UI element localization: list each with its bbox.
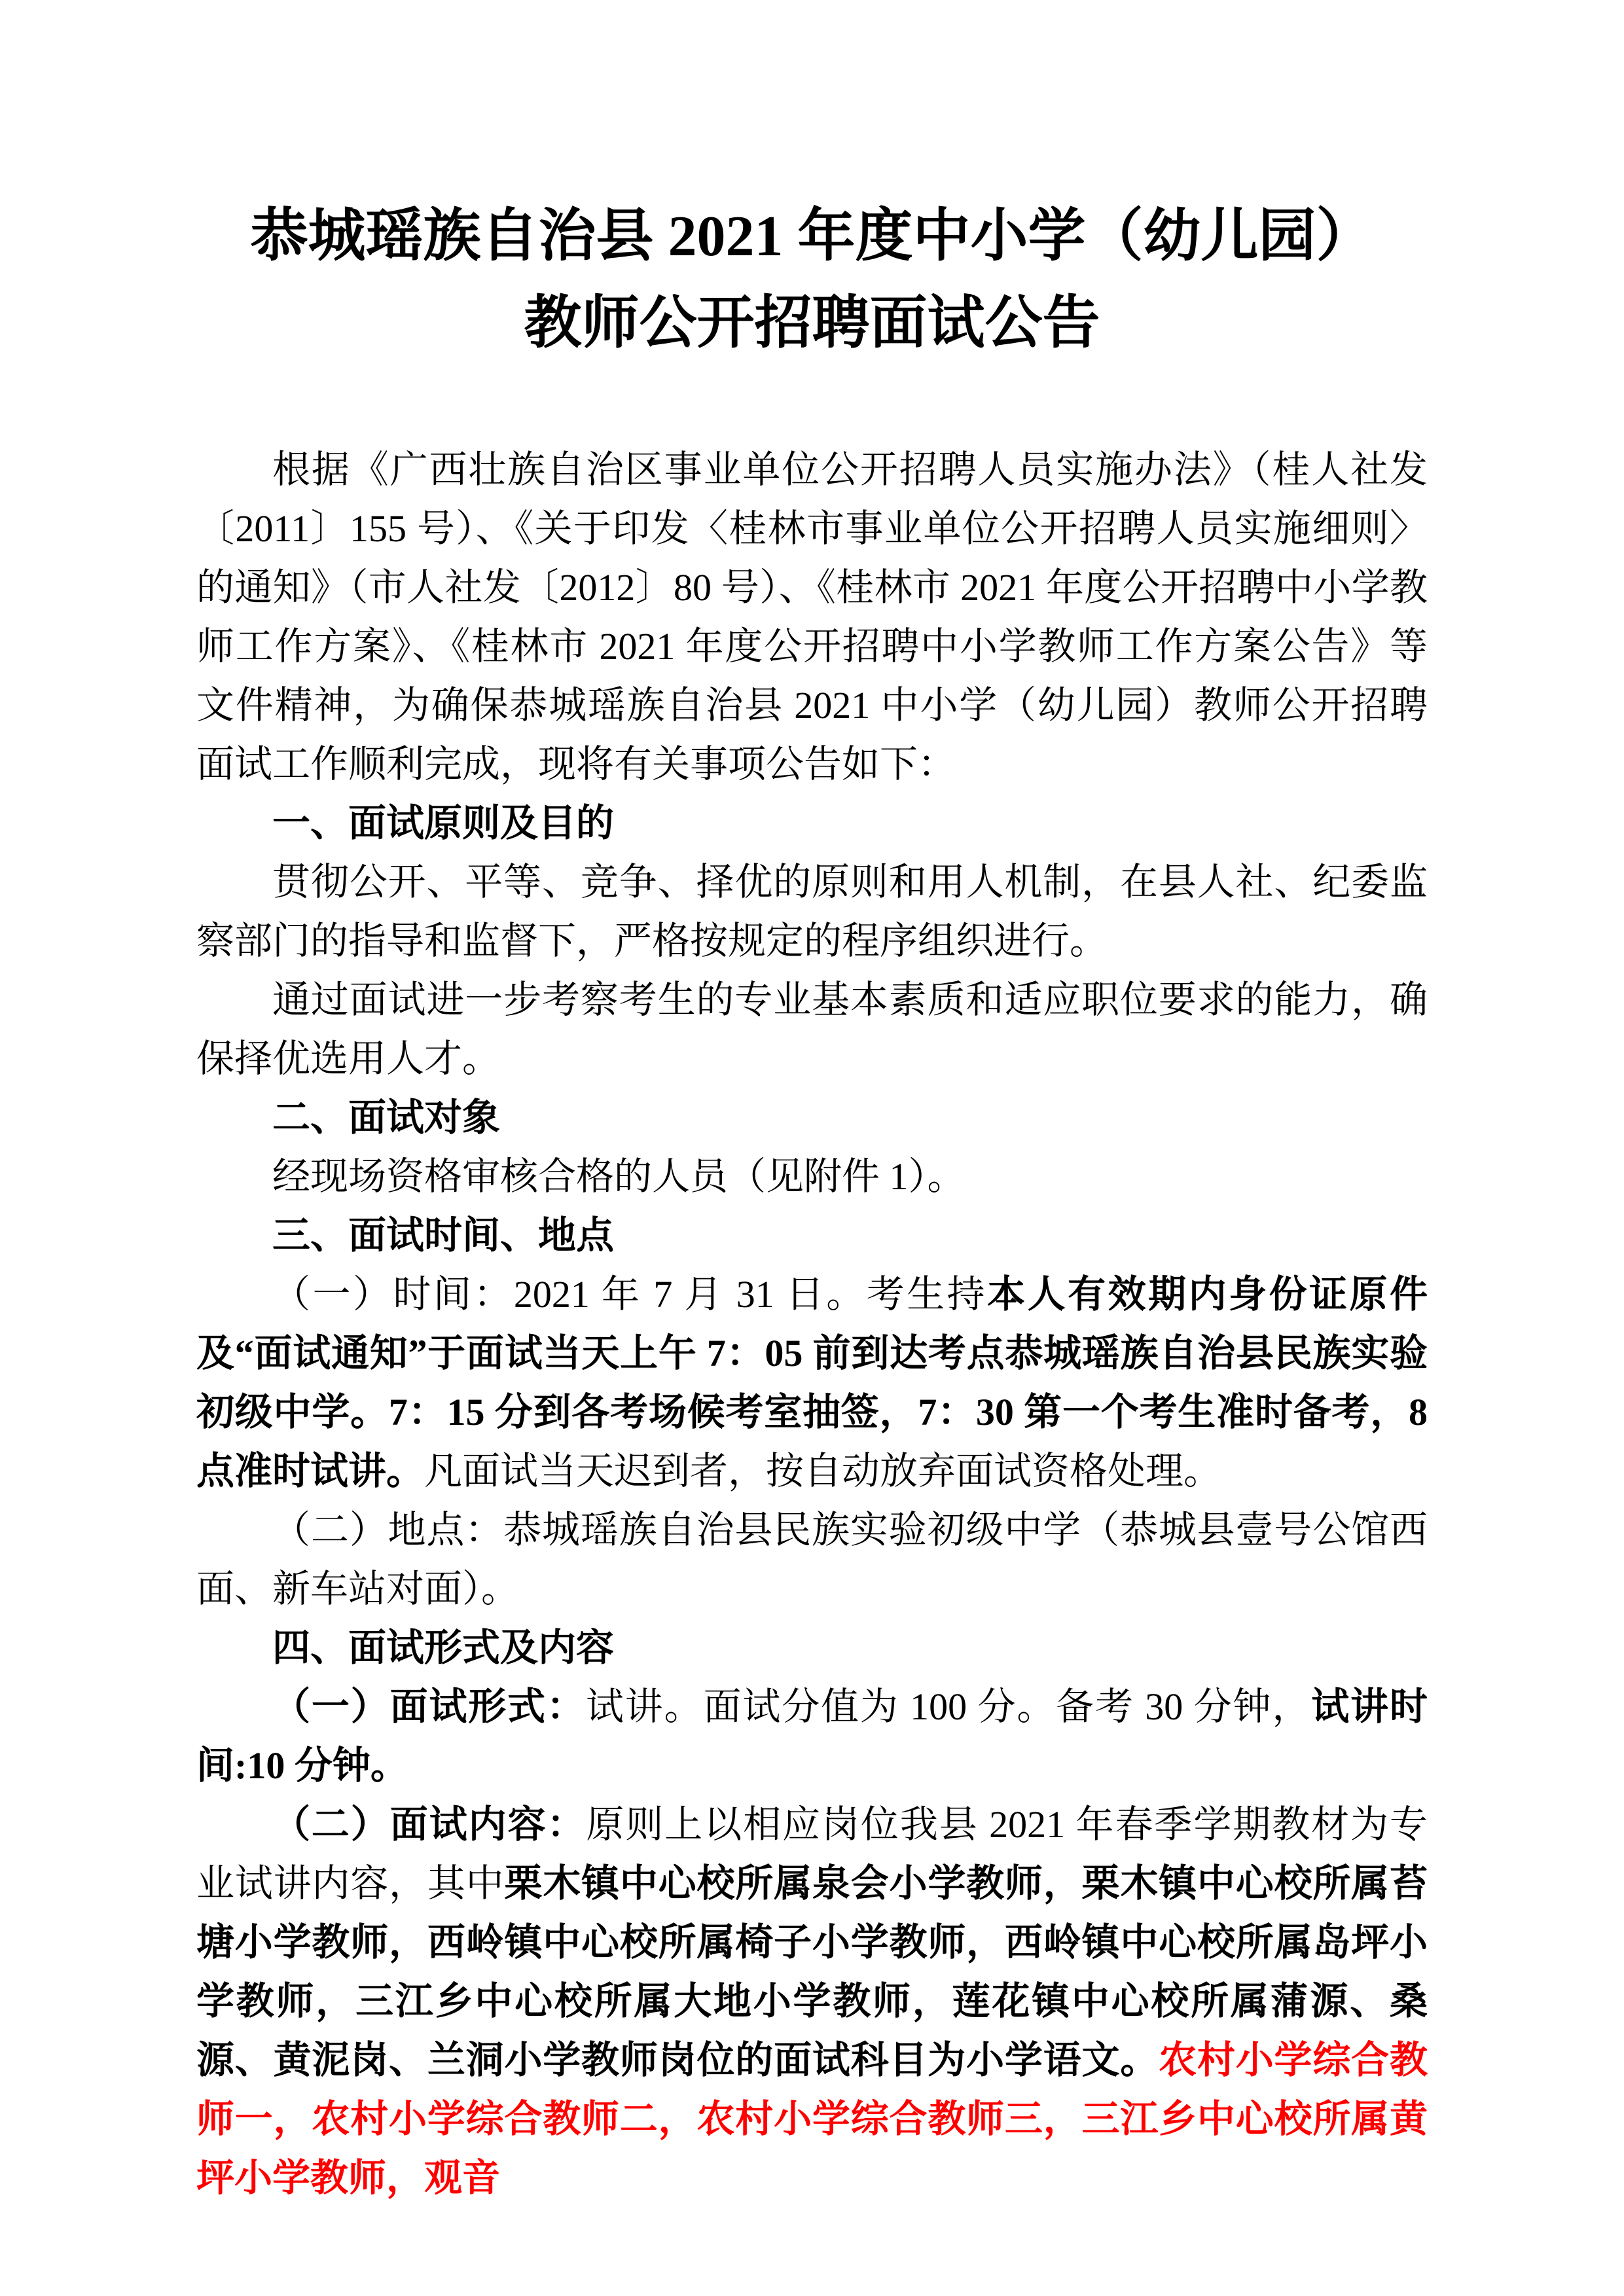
section-heading: 三、面试时间、地点 — [196, 1206, 1428, 1265]
text-run: 一、面试原则及目的 — [272, 802, 614, 844]
paragraph: （一）面试形式：试讲。面试分值为 100 分。备考 30 分钟，试讲时间:10 … — [196, 1677, 1428, 1795]
text-run: 二、面试对象 — [272, 1096, 500, 1139]
text-run: 根据《广西壮族自治区事业单位公开招聘人员实施办法》（桂人社发〔2011〕155 … — [196, 448, 1428, 785]
document-body: 根据《广西壮族自治区事业单位公开招聘人员实施办法》（桂人社发〔2011〕155 … — [196, 440, 1428, 2208]
text-run: 试讲。面试分值为 100 分。备考 30 分钟， — [586, 1685, 1311, 1728]
paragraph: 经现场资格审核合格的人员（见附件 1）。 — [196, 1147, 1428, 1206]
text-run: （二）地点：恭城瑶族自治县民族实验初级中学（恭城县壹号公馆西面、新车站对面）。 — [196, 1509, 1428, 1610]
paragraph: 根据《广西壮族自治区事业单位公开招聘人员实施办法》（桂人社发〔2011〕155 … — [196, 440, 1428, 794]
text-run: （一）面试形式： — [272, 1685, 586, 1728]
text-run: 凡面试当天迟到者，按自动放弃面试资格处理。 — [424, 1450, 1221, 1492]
document-page: 恭城瑶族自治县 2021 年度中小学（幼儿园） 教师公开招聘面试公告 根据《广西… — [0, 0, 1624, 2296]
document-title-line-2: 教师公开招聘面试公告 — [196, 280, 1428, 367]
section-heading: 四、面试形式及内容 — [196, 1619, 1428, 1677]
paragraph: 贯彻公开、平等、竞争、择优的原则和用人机制，在县人社、纪委监察部门的指导和监督下… — [196, 853, 1428, 971]
paragraph: （二）面试内容：原则上以相应岗位我县 2021 年春季学期教材为专业试讲内容，其… — [196, 1795, 1428, 2208]
text-run: 通过面试进一步考察考生的专业基本素质和适应职位要求的能力，确保择优选用人才。 — [196, 978, 1428, 1080]
text-run: 经现场资格审核合格的人员（见附件 1）。 — [272, 1155, 965, 1198]
text-run: （一）时间：2021 年 7 月 31 日。考生持 — [272, 1273, 987, 1316]
text-run: 贯彻公开、平等、竞争、择优的原则和用人机制，在县人社、纪委监察部门的指导和监督下… — [196, 861, 1428, 962]
document-content: 恭城瑶族自治县 2021 年度中小学（幼儿园） 教师公开招聘面试公告 根据《广西… — [196, 193, 1428, 2208]
paragraph: 通过面试进一步考察考生的专业基本素质和适应职位要求的能力，确保择优选用人才。 — [196, 971, 1428, 1088]
document-title-line-1: 恭城瑶族自治县 2021 年度中小学（幼儿园） — [196, 193, 1428, 280]
section-heading: 二、面试对象 — [196, 1088, 1428, 1147]
text-run: 四、面试形式及内容 — [272, 1626, 614, 1669]
document-title: 恭城瑶族自治县 2021 年度中小学（幼儿园） 教师公开招聘面试公告 — [196, 193, 1428, 367]
paragraph: （一）时间：2021 年 7 月 31 日。考生持本人有效期内身份证原件及“面试… — [196, 1265, 1428, 1501]
text-run: 三、面试时间、地点 — [272, 1214, 614, 1257]
section-heading: 一、面试原则及目的 — [196, 794, 1428, 853]
text-run: （二）面试内容： — [272, 1803, 586, 1846]
paragraph: （二）地点：恭城瑶族自治县民族实验初级中学（恭城县壹号公馆西面、新车站对面）。 — [196, 1501, 1428, 1619]
